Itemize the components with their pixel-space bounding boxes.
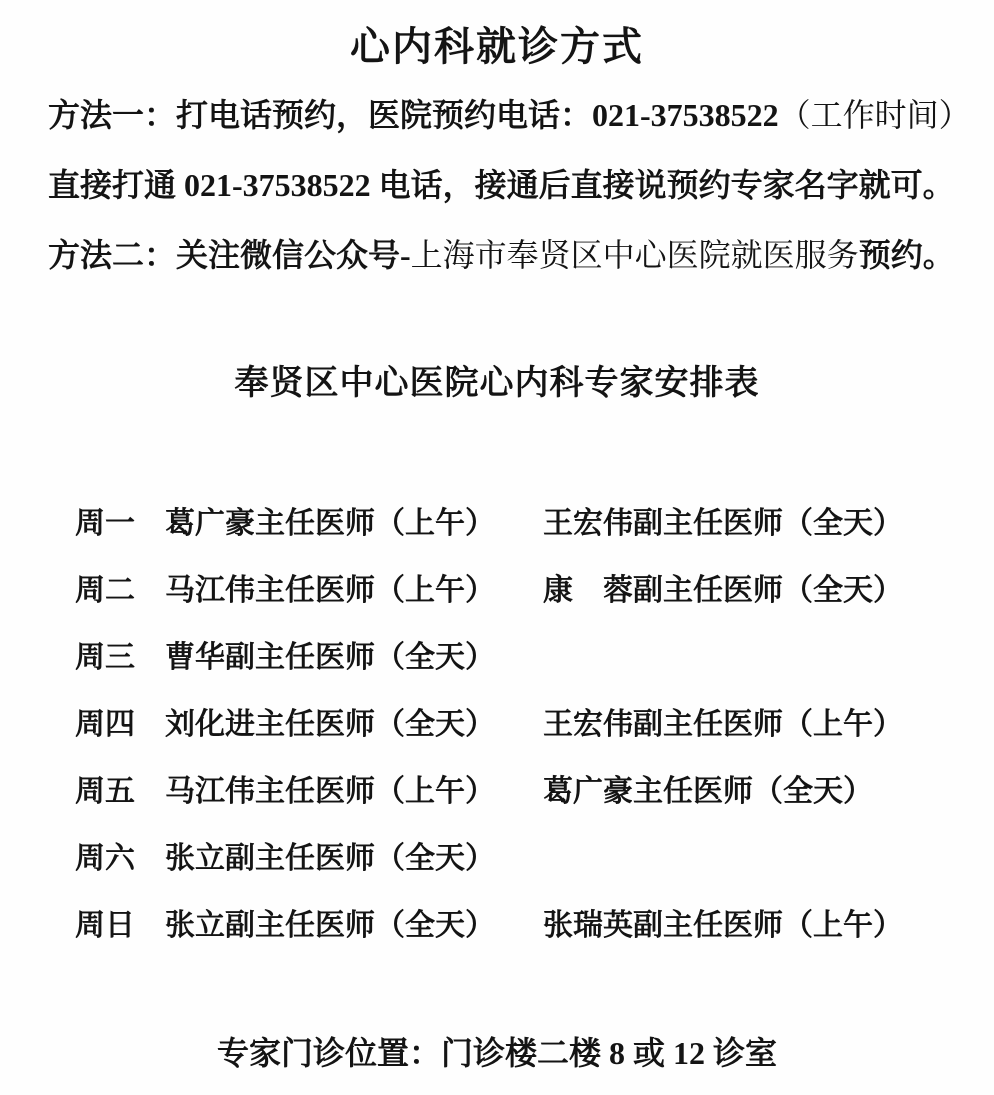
clinic-location-line: 专家门诊位置：门诊楼二楼 8 或 12 诊室 <box>48 1032 946 1074</box>
doctor-slot: 葛广豪主任医师（上午） <box>165 507 495 540</box>
day-label: 周六 <box>75 840 165 878</box>
day-label: 周五 <box>75 773 165 811</box>
doctor-slot: 张立副主任医师（全天） <box>165 842 495 875</box>
method2-line: 方法二：关注微信公众号-上海市奉贤区中心医院就医服务预约。 <box>48 235 946 275</box>
page-title: 心内科就诊方式 <box>48 22 946 72</box>
doctor-slot: 张立副主任医师（全天） <box>165 909 495 942</box>
schedule-row-tuesday: 周二马江伟主任医师（上午）康 蓉副主任医师（全天） <box>48 572 946 610</box>
method2-suffix-text: 预约。 <box>859 237 955 273</box>
doctor-slot: 刘化进主任医师（全天） <box>165 708 495 741</box>
schedule-table-title: 奉贤区中心医院心内科专家安排表 <box>48 362 946 406</box>
schedule-row-wednesday: 周三曹华副主任医师（全天） <box>48 639 946 677</box>
doctor-slot: 张瑞英副主任医师（上午） <box>543 909 903 942</box>
schedule-row-thursday: 周四刘化进主任医师（全天）王宏伟副主任医师（上午） <box>48 706 946 744</box>
day-label: 周三 <box>75 639 165 677</box>
doctor-slot: 马江伟主任医师（上午） <box>165 775 495 808</box>
method1-working-hours-note: （工作时间） <box>779 97 971 133</box>
schedule-row-monday: 周一葛广豪主任医师（上午）王宏伟副主任医师（全天） <box>48 505 946 543</box>
schedule-row-friday: 周五马江伟主任医师（上午）葛广豪主任医师（全天） <box>48 773 946 811</box>
hospital-notice-document: 心内科就诊方式 方法一：打电话预约，医院预约电话：021-37538522（工作… <box>0 0 994 1095</box>
method1-bold-text: 方法一：打电话预约，医院预约电话：021-37538522 <box>48 97 779 133</box>
schedule-row-saturday: 周六张立副主任医师（全天） <box>48 840 946 878</box>
schedule-row-sunday: 周日张立副主任医师（全天）张瑞英副主任医师（上午） <box>48 907 946 945</box>
day-label: 周二 <box>75 572 165 610</box>
method1-continuation-line: 直接打通 021-37538522 电话，接通后直接说预约专家名字就可。 <box>48 165 946 205</box>
doctor-slot: 曹华副主任医师（全天） <box>165 641 495 674</box>
expert-schedule-list: 周一葛广豪主任医师（上午）王宏伟副主任医师（全天） 周二马江伟主任医师（上午）康… <box>48 505 946 945</box>
doctor-slot: 康 蓉副主任医师（全天） <box>543 574 903 607</box>
day-label: 周一 <box>75 505 165 543</box>
method1-line: 方法一：打电话预约，医院预约电话：021-37538522（工作时间） <box>48 95 946 135</box>
method2-prefix-text: 方法二：关注微信公众号- <box>48 237 411 273</box>
doctor-slot: 王宏伟副主任医师（全天） <box>543 507 903 540</box>
wechat-account-name: 上海市奉贤区中心医院就医服务 <box>411 237 859 273</box>
doctor-slot: 王宏伟副主任医师（上午） <box>543 708 903 741</box>
day-label: 周四 <box>75 706 165 744</box>
day-label: 周日 <box>75 907 165 945</box>
doctor-slot: 葛广豪主任医师（全天） <box>543 775 873 808</box>
doctor-slot: 马江伟主任医师（上午） <box>165 574 495 607</box>
